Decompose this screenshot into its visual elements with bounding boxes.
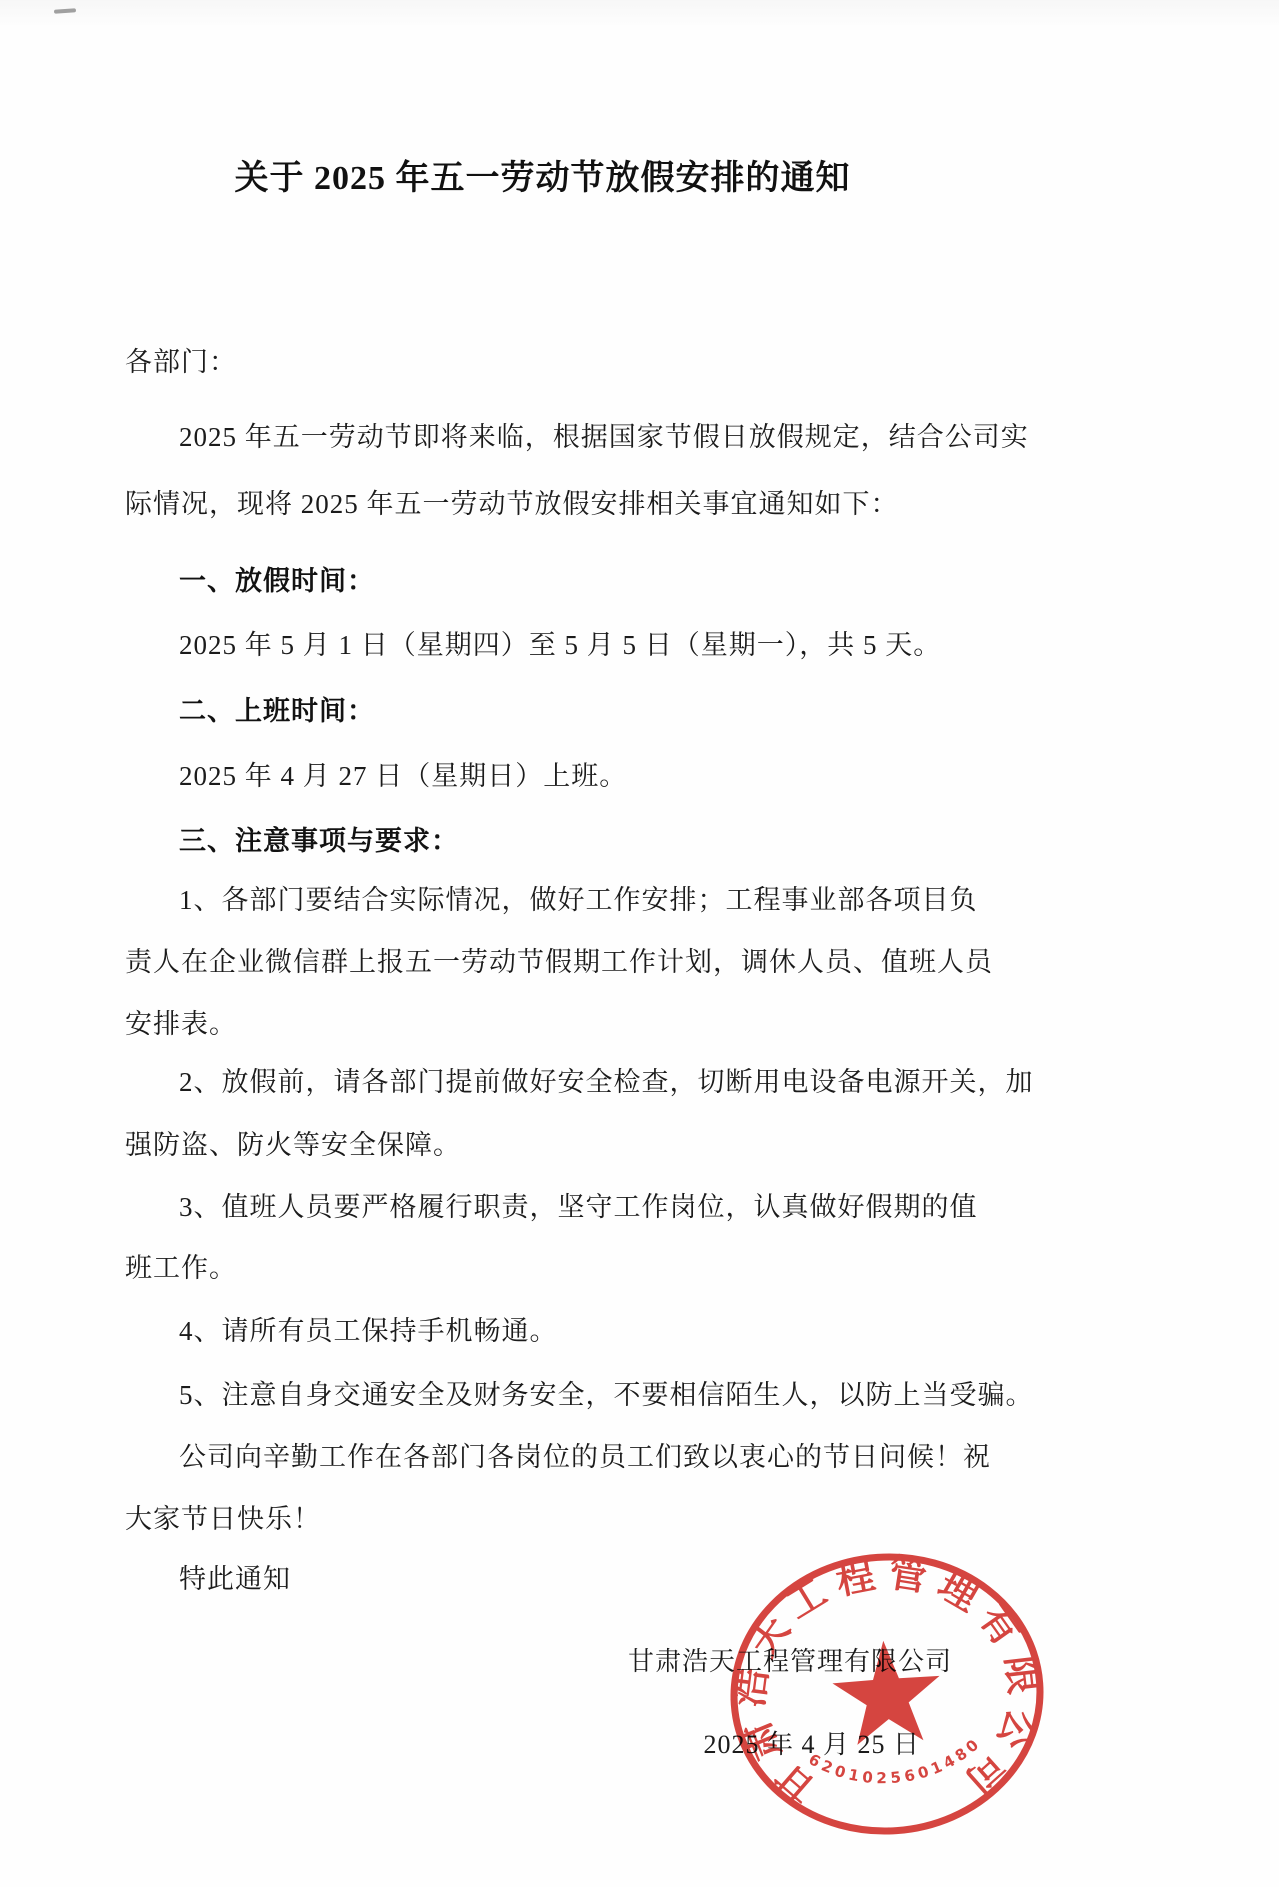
document-page: 关于 2025 年五一劳动节放假安排的通知 各部门： 2025 年五一劳动节即将… xyxy=(0,0,1279,1887)
greeting-line-1: 公司向辛勤工作在各部门各岗位的员工们致以衷心的节日问候！祝 xyxy=(125,1436,1014,1478)
note-1-line-2: 责人在企业微信群上报五一劳动节假期工作计划，调休人员、值班人员 xyxy=(125,941,960,983)
heading-work-time: 二、上班时间： xyxy=(125,690,1014,732)
heading-holiday-time: 一、放假时间： xyxy=(125,560,1014,602)
greeting-line-2: 大家节日快乐！ xyxy=(125,1498,960,1540)
note-2-line-2: 强防盗、防火等安全保障。 xyxy=(125,1124,960,1166)
note-3-line-2: 班工作。 xyxy=(125,1247,960,1289)
company-seal: 甘肃浩天工程管理有限公司 6201025601480 xyxy=(712,1537,1062,1851)
note-1-line-1: 1、各部门要结合实际情况，做好工作安排；工程事业部各项目负 xyxy=(125,879,1014,921)
intro-line-1: 2025 年五一劳动节即将来临，根据国家节假日放假规定，结合公司实 xyxy=(125,416,1014,458)
heading-notes: 三、注意事项与要求： xyxy=(125,820,1014,862)
note-2-line-1: 2、放假前，请各部门提前做好安全检查，切断用电设备电源开关，加 xyxy=(125,1061,1014,1103)
note-4-line: 4、请所有员工保持手机畅通。 xyxy=(125,1310,1014,1352)
notice-title: 关于 2025 年五一劳动节放假安排的通知 xyxy=(125,150,960,199)
note-1-line-3: 安排表。 xyxy=(125,1003,960,1045)
note-3-line-1: 3、值班人员要严格履行职责，坚守工作岗位，认真做好假期的值 xyxy=(125,1186,1014,1228)
holiday-dates-line: 2025 年 5 月 1 日（星期四）至 5 月 5 日（星期一），共 5 天。 xyxy=(125,624,1014,666)
seal-star-icon xyxy=(830,1637,944,1746)
salutation-line: 各部门： xyxy=(125,341,960,383)
scan-artifact-dash xyxy=(54,8,76,14)
intro-line-2: 际情况，现将 2025 年五一劳动节放假安排相关事宜通知如下： xyxy=(125,483,960,525)
note-5-line: 5、注意自身交通安全及财务安全，不要相信陌生人，以防上当受骗。 xyxy=(125,1374,1014,1416)
work-date-line: 2025 年 4 月 27 日（星期日）上班。 xyxy=(125,755,1014,797)
